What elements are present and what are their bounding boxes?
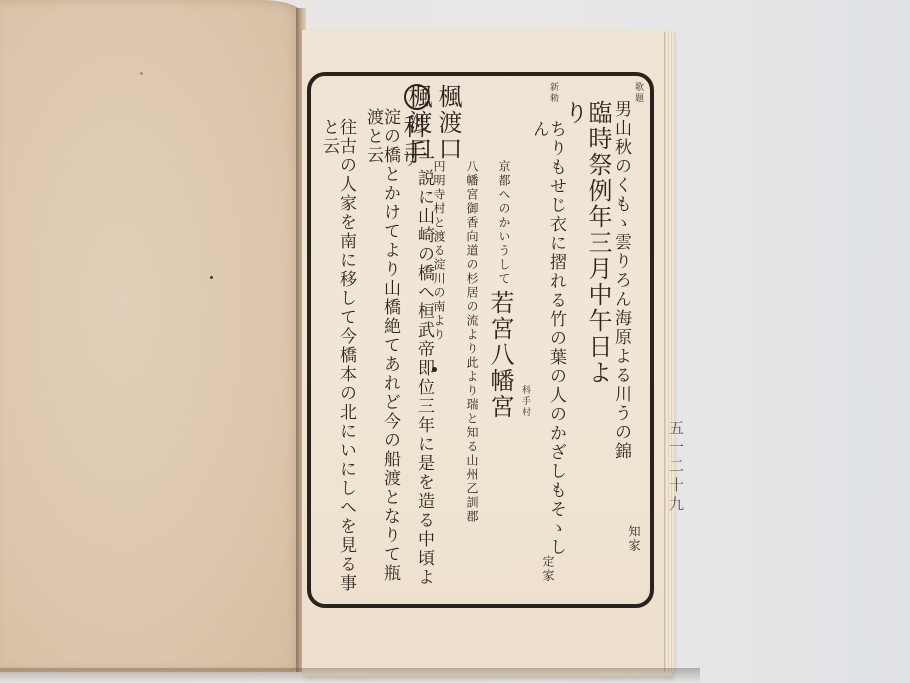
text-column: 往古の人家を南に移して今橋本の北にいにしへを見る事と云	[320, 118, 354, 598]
text-column: ちりもせじ衣に摺れる竹の葉の人のかざしもそゝしん	[530, 120, 564, 560]
paper-speck	[140, 72, 143, 75]
text-column: 京都へのかいうして	[498, 160, 510, 300]
heading-column: 若宮八幡宮	[488, 290, 512, 420]
text-column: 一説に山崎の橋へ桓武帝即位三年に是を造る中頃より	[398, 150, 432, 600]
column-label: 新勅	[548, 82, 557, 104]
author-name: 知家	[628, 525, 640, 553]
text-column: 淀の橋とかけてより山橋絶てあれど今の船渡となりて瓶渡と云	[364, 108, 398, 598]
text-dot	[432, 367, 437, 372]
place-note: 科手村	[520, 385, 529, 418]
text-column: 八幡宮御香向道の杉居の流より此より瑞と知る山州乙訓郡	[466, 160, 478, 600]
paper-speck	[210, 276, 213, 279]
heading-column: 楓渡口	[436, 84, 460, 162]
left-blank-page	[0, 0, 302, 672]
text-column: 臨時祭例年三月中午日より	[562, 100, 610, 400]
text-column: 円明寺村と渡る淀川の南より	[433, 160, 445, 360]
page-stack-edge	[664, 32, 675, 672]
column-label: 歌題	[633, 82, 642, 104]
author-name: 定家	[542, 555, 554, 583]
page-number-margin: 五一二十九	[666, 420, 687, 515]
book-shadow	[0, 668, 700, 683]
